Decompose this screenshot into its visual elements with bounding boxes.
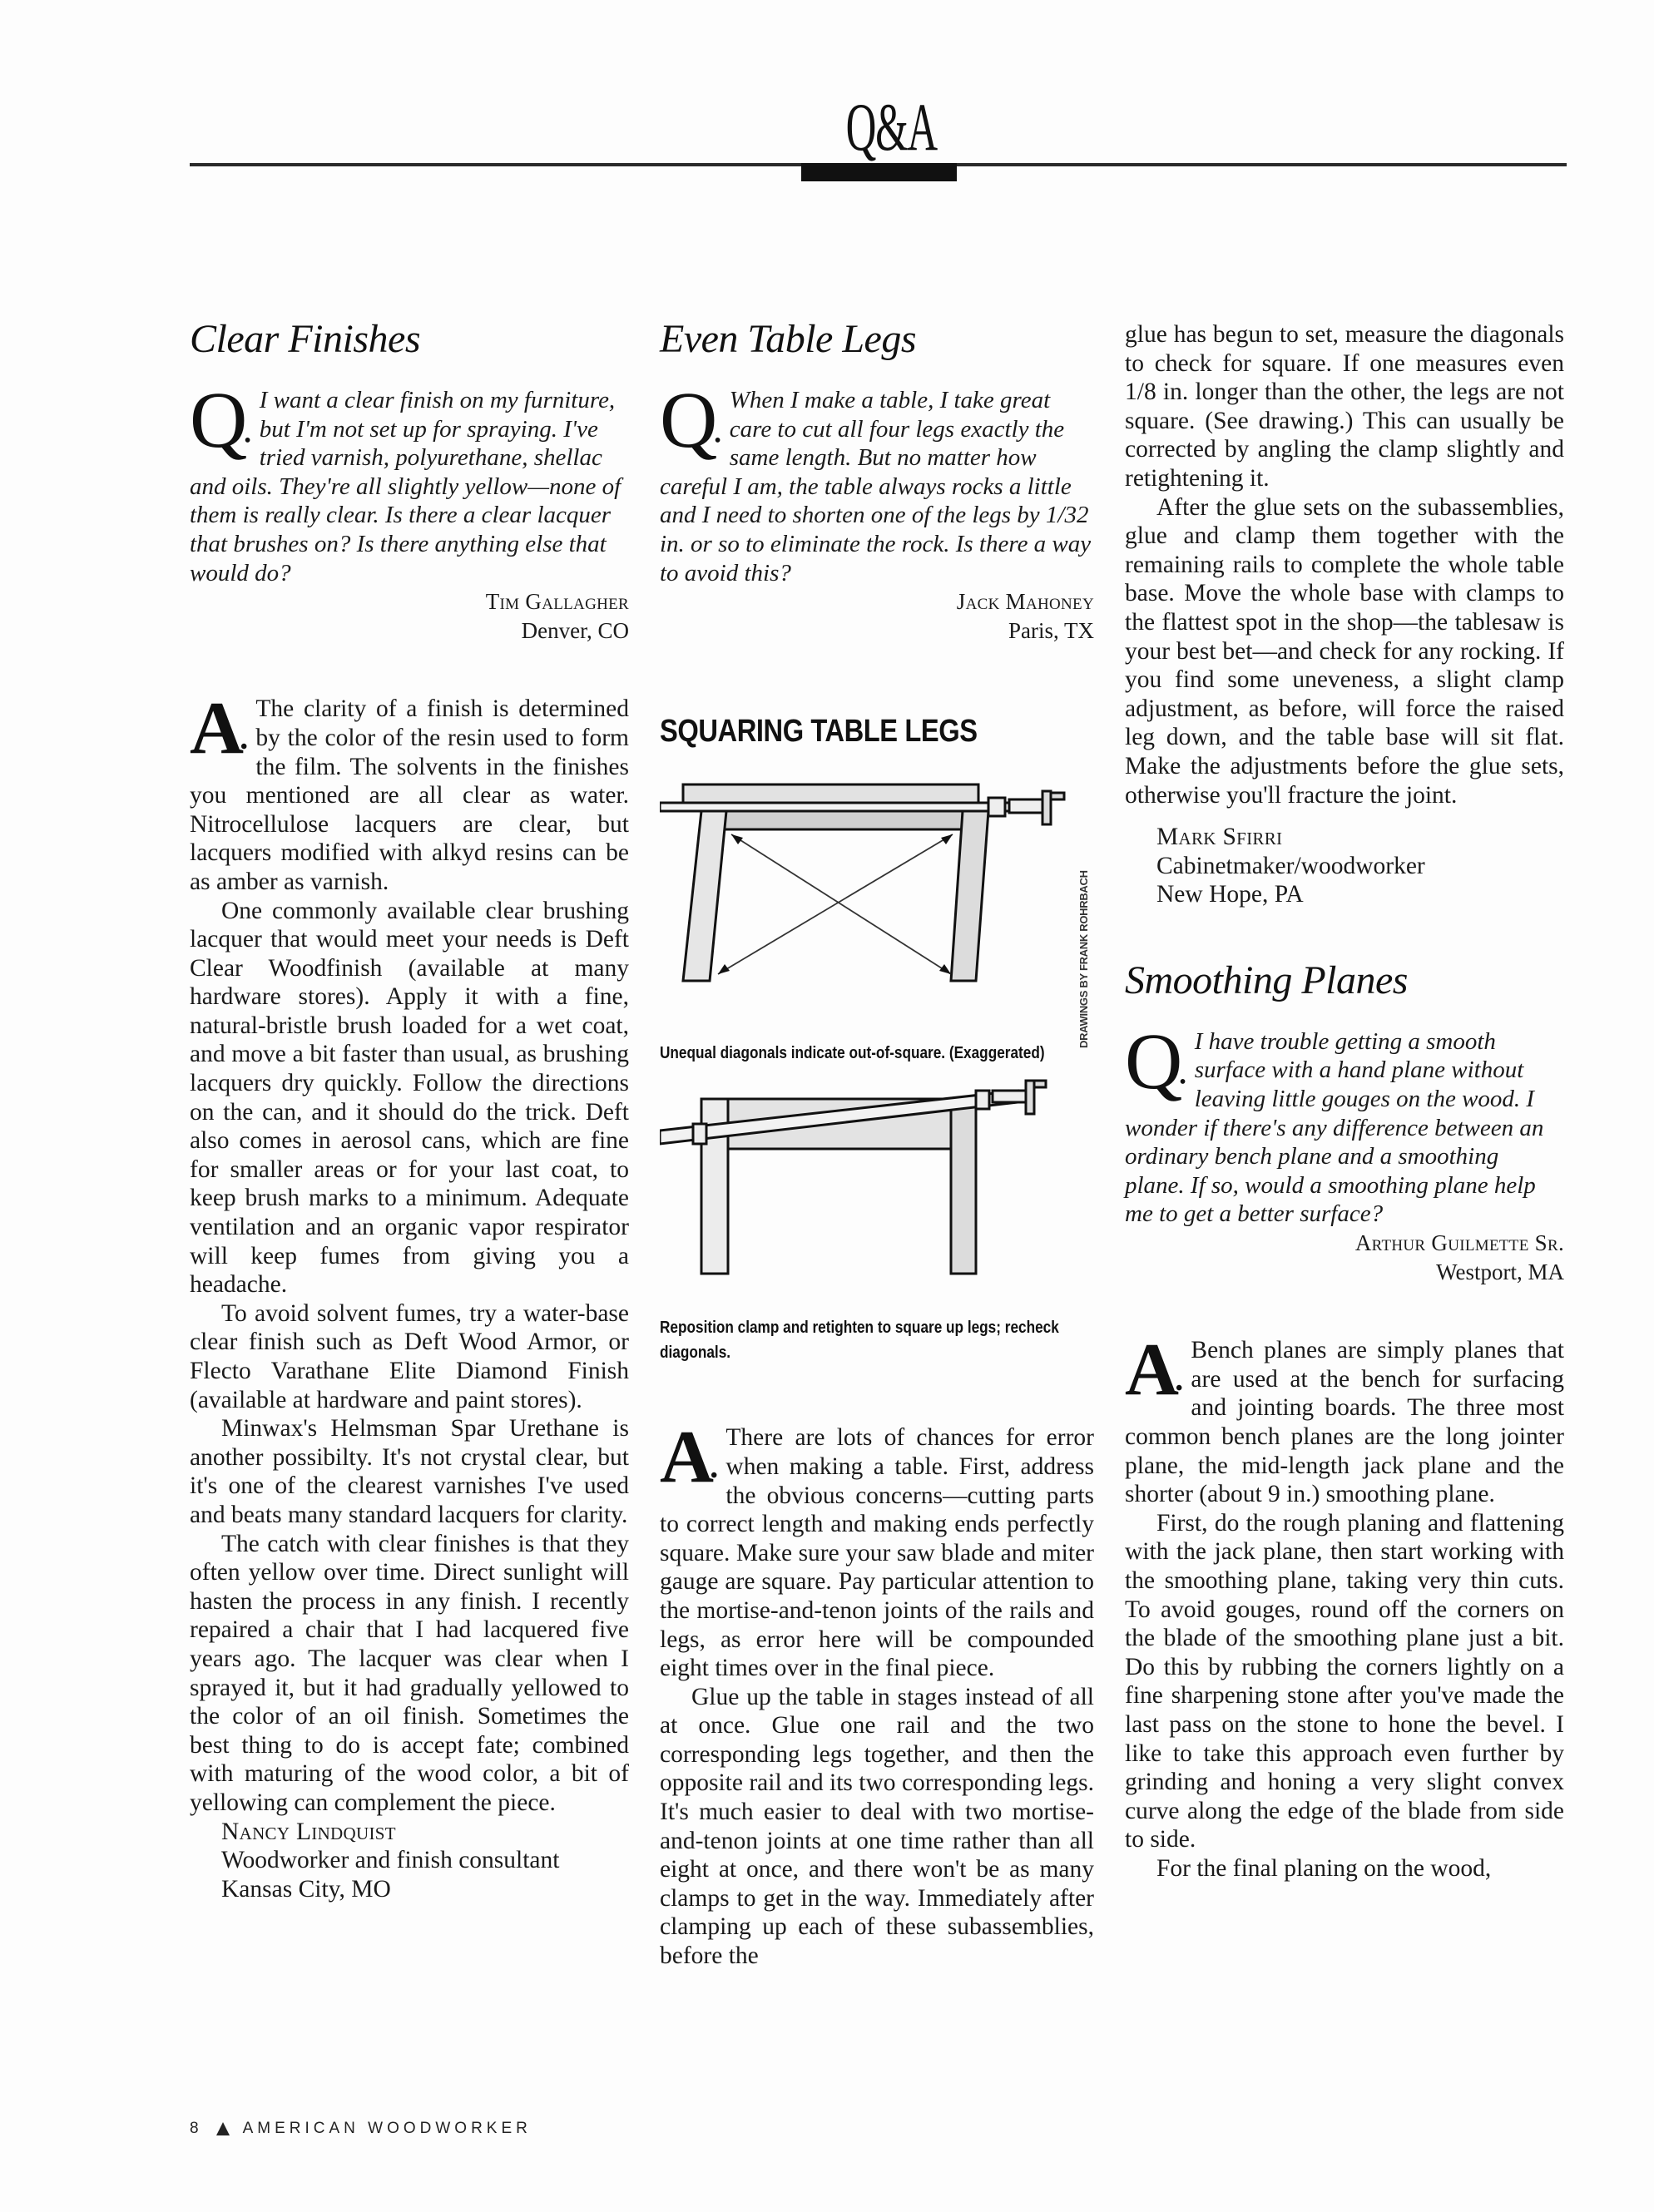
figure-squaring-table-legs: SQUARING TABLE LEGS [660, 713, 1094, 1365]
answer-paragraph: Glue up the table in stages instead of a… [660, 1683, 1094, 1971]
column-right: glue has begun to set, measure the diago… [1125, 320, 1564, 1883]
question-clear-finishes: Q• I want a clear finish on my furniture… [190, 386, 629, 645]
answer-paragraph: First, do the rough planing and flatteni… [1125, 1509, 1564, 1854]
answer-clear-finishes: A• The clarity of a finish is determined… [190, 695, 629, 1903]
question-dropcap: Q• [190, 391, 251, 470]
diagram-unequal-diagonals [660, 774, 1092, 1016]
answer-paragraph: After the glue sets on the subassemblies… [1125, 493, 1564, 810]
asker-location: Westport, MA [1125, 1258, 1564, 1287]
answer-paragraph: Bench planes are simply planes that are … [1125, 1337, 1564, 1507]
expert-title: Cabinetmaker/woodworker [1125, 852, 1564, 881]
answer-even-table-legs: A• There are lots of chances for error w… [660, 1423, 1094, 1970]
section-title-even-table-legs: Even Table Legs [660, 316, 1094, 363]
answer-dropcap: A• [660, 1430, 717, 1503]
section-header-title: Q&A [846, 90, 919, 165]
figure-caption-1: Unequal diagonals indicate out-of-square… [660, 1041, 1082, 1066]
answer-paragraph: The catch with clear finishes is that th… [190, 1530, 629, 1818]
header-tab-bar [801, 163, 957, 181]
asker-name: Arthur Guilmette Sr. [1125, 1229, 1564, 1258]
answer-paragraph: One commonly available clear brushing la… [190, 897, 629, 1299]
diagram-repositioned-clamp [660, 1074, 1092, 1299]
figure-caption-2: Reposition clamp and retighten to square… [660, 1315, 1082, 1365]
expert-location: Kansas City, MO [190, 1875, 629, 1904]
answer-smoothing-planes: A• Bench planes are simply planes that a… [1125, 1336, 1564, 1883]
answer-paragraph: There are lots of chances for error when… [660, 1424, 1094, 1681]
expert-name: Mark Sfirri [1125, 823, 1564, 852]
section-title-clear-finishes: Clear Finishes [190, 316, 629, 363]
answer-dropcap: A• [1125, 1343, 1182, 1416]
answer-paragraph: glue has begun to set, measure the diago… [1125, 320, 1564, 493]
question-text: I have trouble getting a smooth surface … [1125, 1028, 1543, 1228]
asker-location: Denver, CO [190, 616, 629, 646]
question-text: When I make a table, I take great care t… [660, 387, 1091, 586]
page-footer: 8 AMERICAN WOODWORKER [190, 2120, 532, 2138]
column-middle: Even Table Legs Q• When I make a table, … [660, 316, 1094, 1971]
expert-name: Nancy Lindquist [190, 1818, 629, 1847]
asker-name: Jack Mahoney [660, 587, 1094, 616]
answer-paragraph: The clarity of a finish is determined by… [190, 695, 629, 895]
answer-paragraph: For the final planing on the wood, [1125, 1854, 1564, 1883]
question-dropcap: Q• [1125, 1032, 1186, 1111]
section-title-smoothing-planes: Smoothing Planes [1125, 958, 1564, 1004]
publication-name: AMERICAN WOODWORKER [243, 2120, 532, 2138]
figure-title: SQUARING TABLE LEGS [660, 713, 1033, 750]
question-smoothing-planes: Q• I have trouble getting a smooth surfa… [1125, 1027, 1564, 1286]
column-left: Clear Finishes Q• I want a clear finish … [190, 316, 629, 1903]
answer-paragraph: To avoid solvent fumes, try a water-base… [190, 1299, 629, 1414]
expert-location: New Hope, PA [1125, 880, 1564, 909]
answer-even-table-legs-continued: glue has begun to set, measure the diago… [1125, 320, 1564, 909]
triangle-icon [216, 2122, 230, 2135]
answer-paragraph: Minwax's Helmsman Spar Urethane is anoth… [190, 1414, 629, 1529]
page-number: 8 [190, 2120, 203, 2138]
asker-name: Tim Gallagher [190, 587, 629, 616]
expert-title: Woodworker and finish consultant [190, 1846, 629, 1875]
illustration-credit: DRAWINGS BY FRANK ROHRBACH [1073, 865, 1090, 1048]
question-dropcap: Q• [660, 391, 721, 470]
asker-location: Paris, TX [660, 616, 1094, 646]
question-even-table-legs: Q• When I make a table, I take great car… [660, 386, 1094, 645]
question-text: I want a clear finish on my furniture, b… [190, 387, 621, 586]
answer-dropcap: A• [190, 701, 247, 774]
